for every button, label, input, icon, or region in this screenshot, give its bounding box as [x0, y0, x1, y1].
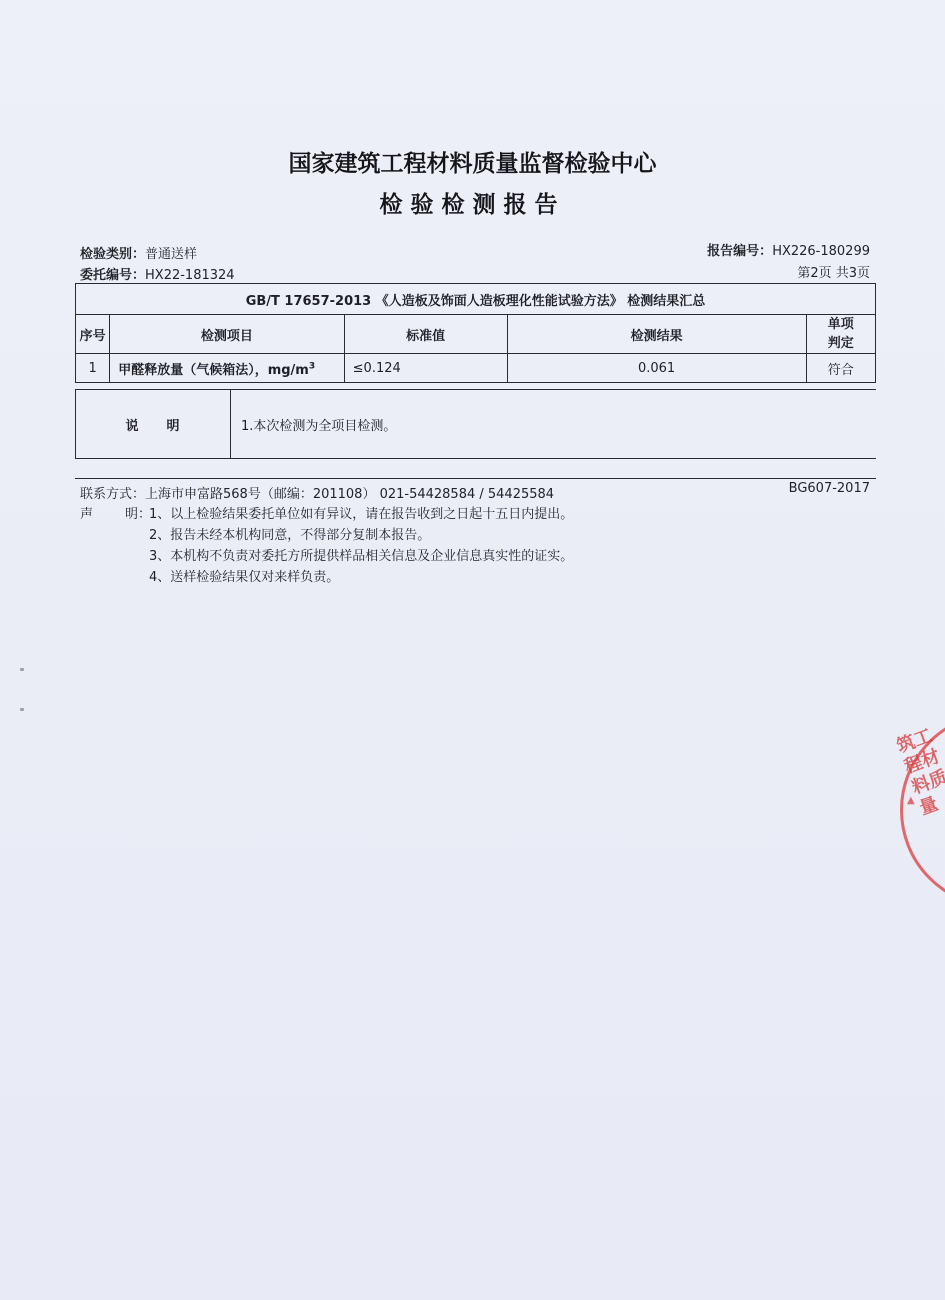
inspection-type-value: 普通送样 — [145, 247, 197, 262]
col-header-no: 序号 — [76, 315, 110, 354]
commission-no-value: HX22-181324 — [145, 268, 235, 283]
contact-info: 联系方式：上海市申富路568号（邮编：201108） 021-54428584 … — [80, 483, 554, 502]
col-header-judgement: 单项 判定 — [806, 315, 875, 354]
row-standard: ≤0.124 — [344, 354, 507, 383]
table-caption: GB/T 17657-2013 《人造板及饰面人造板理化性能试验方法》 检测结果… — [76, 284, 876, 315]
judge-header-line1: 单项 — [807, 315, 875, 334]
report-title: 检验检测报告 — [0, 186, 945, 219]
staple-hole-icon — [20, 668, 24, 671]
declaration-item: 3、本机构不负责对委托方所提供样品相关信息及企业信息真实性的证实。 — [149, 545, 573, 564]
row-item-text: 甲醛释放量（气候箱法），mg/m — [118, 363, 309, 378]
report-no: 报告编号：HX226-180299 — [707, 240, 870, 259]
inspection-type: 检验类别：普通送样 — [80, 243, 197, 262]
col-header-result: 检测结果 — [507, 315, 806, 354]
row-item: 甲醛释放量（气候箱法），mg/m3 — [110, 354, 344, 383]
declaration-label: 声明： — [80, 503, 151, 522]
declaration-label-2: 明： — [125, 507, 151, 522]
staple-hole-icon — [20, 708, 24, 711]
table-row: 1 甲醛释放量（气候箱法），mg/m3 ≤0.124 0.061 符合 — [76, 354, 876, 383]
page-info: 第2页 共3页 — [797, 262, 870, 281]
org-title: 国家建筑工程材料质量监督检验中心 — [0, 145, 945, 178]
form-number: BG607-2017 — [789, 481, 870, 496]
row-no: 1 — [76, 354, 110, 383]
notes-table: 说明 1.本次检测为全项目检测。 — [75, 389, 876, 459]
stamp-star-icon: ▲ — [907, 795, 915, 806]
footer-divider — [75, 478, 876, 479]
commission-no-label: 委托编号： — [80, 268, 145, 283]
table-header-row: 序号 检测项目 标准值 检测结果 单项 判定 — [76, 315, 876, 354]
row-result: 0.061 — [507, 354, 806, 383]
inspection-type-label: 检验类别： — [80, 247, 145, 262]
report-no-value: HX226-180299 — [772, 244, 870, 259]
commission-no: 委托编号：HX22-181324 — [80, 264, 235, 283]
judge-header-line2: 判定 — [807, 334, 875, 353]
table-caption-row: GB/T 17657-2013 《人造板及饰面人造板理化性能试验方法》 检测结果… — [76, 284, 876, 315]
col-header-item: 检测项目 — [110, 315, 344, 354]
declaration-item: 4、送样检验结果仅对来样负责。 — [149, 566, 339, 585]
declaration-item: 1、以上检验结果委托单位如有异议，请在报告收到之日起十五日内提出。 — [149, 503, 573, 522]
notes-text: 1.本次检测为全项目检测。 — [231, 390, 877, 459]
declaration-label-1: 声 — [80, 507, 93, 522]
row-item-sup: 3 — [309, 361, 315, 371]
results-table: GB/T 17657-2013 《人造板及饰面人造板理化性能试验方法》 检测结果… — [75, 283, 876, 383]
notes-label: 说明 — [76, 390, 231, 459]
row-judgement: 符合 — [806, 354, 875, 383]
col-header-standard: 标准值 — [344, 315, 507, 354]
report-no-label: 报告编号： — [707, 244, 772, 259]
declaration-item: 2、报告未经本机构同意，不得部分复制本报告。 — [149, 524, 430, 543]
